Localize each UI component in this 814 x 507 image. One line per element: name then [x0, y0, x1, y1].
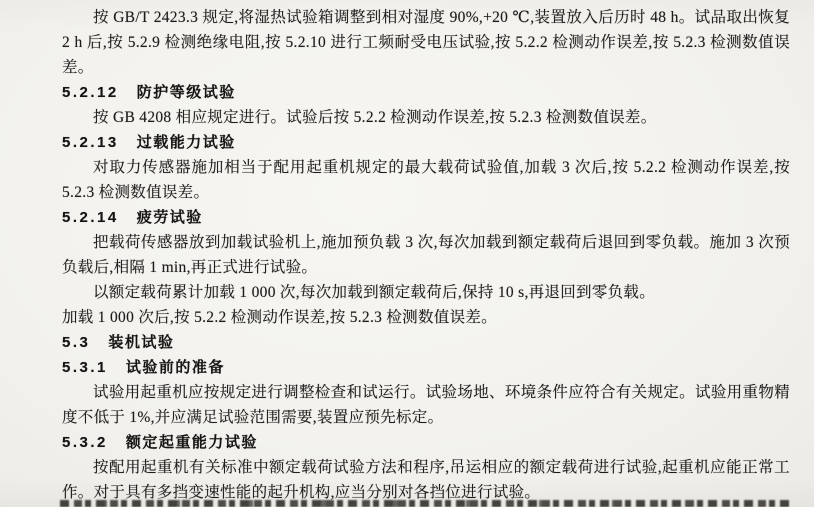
clause-title: 装机试验: [108, 334, 174, 351]
section-heading-5-3-2: 5.3.2 额定起重能力试验: [62, 430, 790, 455]
scanned-document-page: 按 GB/T 2423.3 规定,将湿热试验箱调整到相对湿度 90%,+20 ℃…: [0, 0, 814, 507]
clipped-next-line-glyph-tops: [60, 500, 792, 507]
paragraph-fatigue-preload: 把载荷传感器放到加载试验机上,施加预负载 3 次,每次加载到额定载荷后退回到零负…: [62, 230, 790, 280]
clause-number: 5.2.12: [62, 84, 119, 101]
clause-title: 试验前的准备: [126, 359, 225, 376]
clause-title: 防护等级试验: [137, 84, 236, 101]
paragraph-rated-lifting-capacity: 按配用起重机有关标准中额定载荷试验方法和程序,吊运相应的额定载荷进行试验,起重机…: [62, 455, 790, 505]
clause-number: 5.2.14: [62, 209, 119, 226]
paragraph-test-preparation: 试验用起重机应按规定进行调整检查和试运行。试验场地、环境条件应符合有关规定。试验…: [62, 380, 790, 430]
clause-number: 5.2.13: [62, 134, 119, 151]
section-heading-5-2-13: 5.2.13 过载能力试验: [62, 130, 790, 155]
clause-number: 5.3.2: [62, 434, 108, 451]
clause-title: 额定起重能力试验: [126, 434, 258, 451]
section-heading-5-3: 5.3 装机试验: [62, 330, 790, 355]
clause-title: 疲劳试验: [137, 209, 203, 226]
document-text-block: 按 GB/T 2423.3 规定,将湿热试验箱调整到相对湿度 90%,+20 ℃…: [0, 0, 814, 505]
section-heading-5-2-14: 5.2.14 疲劳试验: [62, 205, 790, 230]
section-heading-5-2-12: 5.2.12 防护等级试验: [62, 80, 790, 105]
paragraph-protection-grade: 按 GB 4208 相应规定进行。试验后按 5.2.2 检测动作误差,按 5.2…: [62, 105, 790, 130]
paragraph-fatigue-check: 加载 1 000 次后,按 5.2.2 检测动作误差,按 5.2.3 检测数值误…: [62, 305, 790, 330]
clause-number: 5.3.1: [62, 359, 108, 376]
clause-title: 过载能力试验: [137, 134, 236, 151]
paragraph-overload-capacity: 对取力传感器施加相当于配用起重机规定的最大载荷试验值,加载 3 次后,按 5.2…: [62, 155, 790, 205]
paragraph-fatigue-cycles: 以额定载荷累计加载 1 000 次,每次加载到额定载荷后,保持 10 s,再退回…: [62, 280, 790, 305]
clause-number: 5.3: [62, 334, 90, 351]
paragraph-damp-heat-test: 按 GB/T 2423.3 规定,将湿热试验箱调整到相对湿度 90%,+20 ℃…: [62, 5, 790, 80]
section-heading-5-3-1: 5.3.1 试验前的准备: [62, 355, 790, 380]
